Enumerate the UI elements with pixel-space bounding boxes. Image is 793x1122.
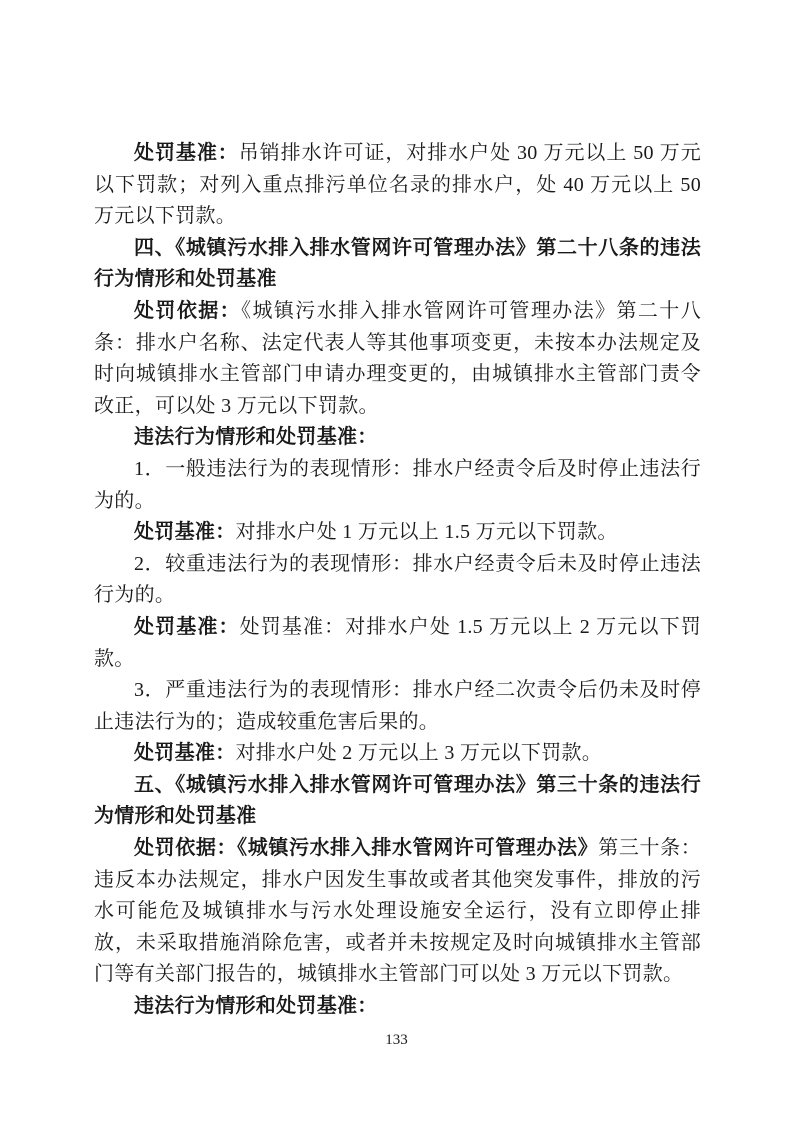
paragraph: 处罚基准：对排水户处 2 万元以上 3 万元以下罚款。 — [94, 738, 701, 770]
paragraph: 违法行为情形和处罚基准： — [94, 991, 701, 1023]
bold-label-text: 处罚基准： — [134, 521, 236, 543]
document-page: 处罚基准：吊销排水许可证，对排水户处 30 万元以上 50 万元以下罚款；对列入… — [0, 0, 793, 1122]
paragraph: 处罚基准：对排水户处 1 万元以上 1.5 万元以下罚款。 — [94, 517, 701, 549]
body-text: 对排水户处 2 万元以上 3 万元以下罚款。 — [236, 742, 603, 764]
section-heading: 五、《城镇污水排入排水管网许可管理办法》第三十条的违法行为情形和处罚基准 — [94, 770, 701, 833]
paragraph: 处罚依据：《城镇污水排入排水管网许可管理办法》第二十八条：排水户名称、法定代表人… — [94, 296, 701, 422]
paragraph: 处罚基准：处罚基准：对排水户处 1.5 万元以上 2 万元以下罚款。 — [94, 612, 701, 675]
paragraph: 违法行为情形和处罚基准： — [94, 422, 701, 454]
paragraph: 1．一般违法行为的表现情形：排水户经责令后及时停止违法行为的。 — [94, 454, 701, 517]
bold-label-text: 处罚基准： — [134, 616, 240, 638]
section-heading: 四、《城镇污水排入排水管网许可管理办法》第二十八条的违法行为情形和处罚基准 — [94, 233, 701, 296]
bold-label-text: 违法行为情形和处罚基准： — [134, 426, 378, 448]
bold-label-text: 处罚依据： — [134, 300, 241, 322]
body-text: 2．较重违法行为的表现情形：排水户经责令后未及时停止违法行为的。 — [94, 553, 701, 607]
bold-label-text: 处罚基准： — [134, 142, 239, 164]
body-text: 1．一般违法行为的表现情形：排水户经责令后及时停止违法行为的。 — [94, 458, 701, 512]
bold-label-text: 四、《城镇污水排入排水管网许可管理办法》第二十八条的违法行为情形和处罚基准 — [94, 237, 701, 291]
bold-label-text: 处罚依据：《城镇污水排入排水管网许可管理办法》 — [134, 837, 598, 859]
bold-label-text: 五、《城镇污水排入排水管网许可管理办法》第三十条的违法行为情形和处罚基准 — [94, 774, 701, 828]
body-text: 3．严重违法行为的表现情形：排水户经二次责令后仍未及时停止违法行为的；造成较重危… — [94, 679, 701, 733]
bold-label-text: 处罚基准： — [134, 742, 236, 764]
paragraph: 3．严重违法行为的表现情形：排水户经二次责令后仍未及时停止违法行为的；造成较重危… — [94, 675, 701, 738]
paragraph: 2．较重违法行为的表现情形：排水户经责令后未及时停止违法行为的。 — [94, 549, 701, 612]
paragraph: 处罚基准：吊销排水许可证，对排水户处 30 万元以上 50 万元以下罚款；对列入… — [94, 138, 701, 233]
body-text: 对排水户处 1 万元以上 1.5 万元以下罚款。 — [236, 521, 618, 543]
bold-label-text: 违法行为情形和处罚基准： — [134, 995, 378, 1017]
page-content: 处罚基准：吊销排水许可证，对排水户处 30 万元以上 50 万元以下罚款；对列入… — [94, 138, 701, 1023]
body-text: 第三十条：违反本办法规定，排水户因发生事故或者其他突发事件，排放的污水可能危及城… — [94, 837, 701, 985]
page-number: 133 — [0, 1032, 793, 1049]
paragraph: 处罚依据：《城镇污水排入排水管网许可管理办法》第三十条：违反本办法规定，排水户因… — [94, 833, 701, 991]
